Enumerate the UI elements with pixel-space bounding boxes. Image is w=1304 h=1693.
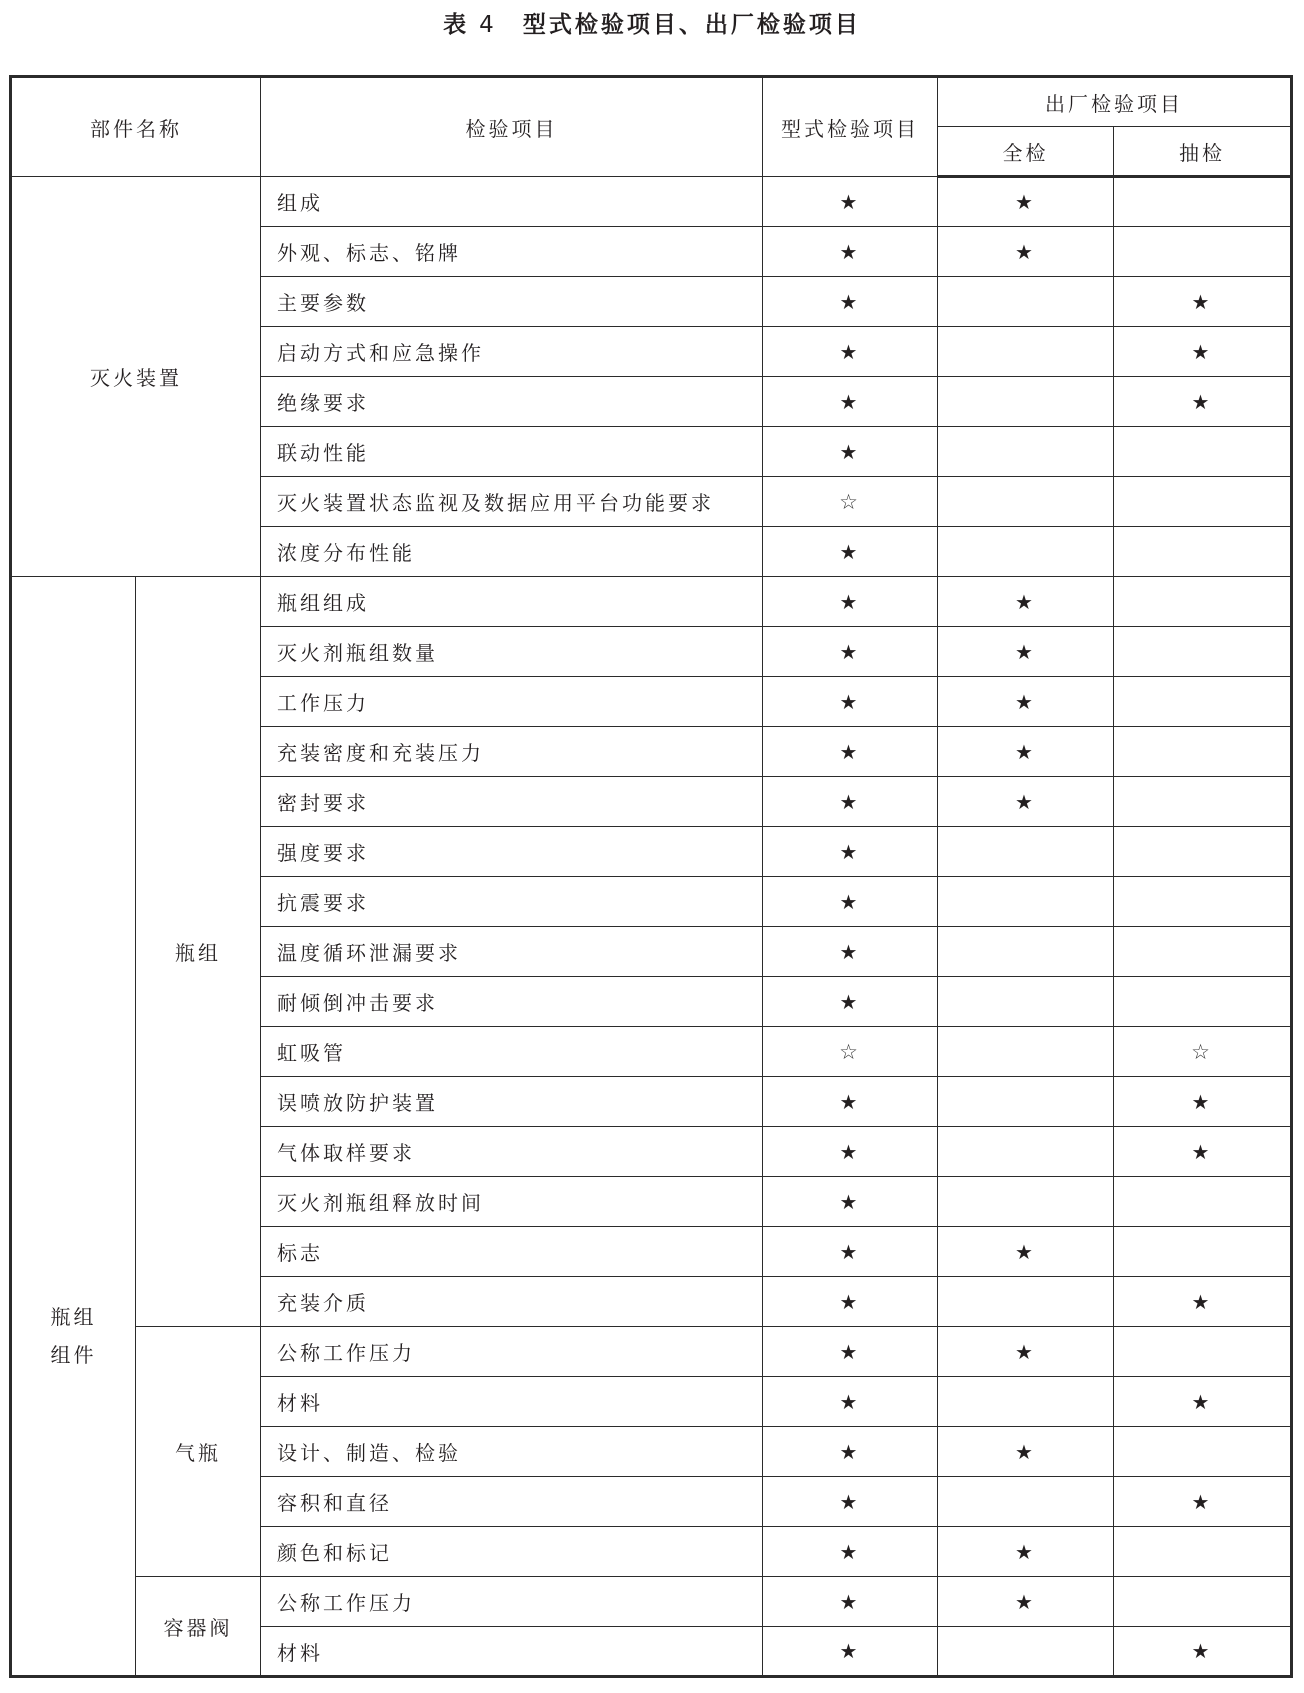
filled-star-icon: ★ xyxy=(938,677,1114,727)
inspection-item-cell: 启动方式和应急操作 xyxy=(261,327,763,377)
inspection-item-cell: 材料 xyxy=(261,1377,763,1427)
filled-star-icon: ★ xyxy=(1114,327,1292,377)
header-sampling-inspection: 抽检 xyxy=(1114,127,1292,177)
header-component-name: 部件名称 xyxy=(11,77,261,177)
filled-star-icon: ★ xyxy=(763,727,938,777)
header-inspection-item: 检验项目 xyxy=(261,77,763,177)
filled-star-icon: ★ xyxy=(938,777,1114,827)
subgroup-name-cell: 气瓶 xyxy=(136,1327,261,1577)
empty-cell xyxy=(1114,1177,1292,1227)
filled-star-icon: ★ xyxy=(938,1527,1114,1577)
empty-cell xyxy=(1114,227,1292,277)
empty-cell xyxy=(1114,527,1292,577)
empty-cell xyxy=(938,377,1114,427)
filled-star-icon: ★ xyxy=(763,1177,938,1227)
subgroup-name-cell: 容器阀 xyxy=(136,1577,261,1677)
empty-cell xyxy=(938,327,1114,377)
empty-cell xyxy=(938,827,1114,877)
filled-star-icon: ★ xyxy=(763,1477,938,1527)
table-row: 容器阀公称工作压力★★ xyxy=(11,1577,1292,1627)
filled-star-icon: ★ xyxy=(1114,277,1292,327)
table-row: 气瓶公称工作压力★★ xyxy=(11,1327,1292,1377)
inspection-item-cell: 材料 xyxy=(261,1627,763,1677)
filled-star-icon: ★ xyxy=(763,877,938,927)
inspection-item-cell: 灭火装置状态监视及数据应用平台功能要求 xyxy=(261,477,763,527)
filled-star-icon: ★ xyxy=(763,1427,938,1477)
header-full-inspection: 全检 xyxy=(938,127,1114,177)
filled-star-icon: ★ xyxy=(1114,1077,1292,1127)
hollow-star-icon: ☆ xyxy=(763,477,938,527)
inspection-item-cell: 设计、制造、检验 xyxy=(261,1427,763,1477)
empty-cell xyxy=(938,1127,1114,1177)
filled-star-icon: ★ xyxy=(763,1627,938,1677)
filled-star-icon: ★ xyxy=(938,577,1114,627)
filled-star-icon: ★ xyxy=(938,727,1114,777)
header-type-test: 型式检验项目 xyxy=(763,77,938,177)
filled-star-icon: ★ xyxy=(763,1227,938,1277)
empty-cell xyxy=(938,977,1114,1027)
inspection-item-cell: 抗震要求 xyxy=(261,877,763,927)
filled-star-icon: ★ xyxy=(938,1227,1114,1277)
subgroup-name-cell: 瓶组 xyxy=(136,577,261,1327)
inspection-item-cell: 耐倾倒冲击要求 xyxy=(261,977,763,1027)
caption-number: 4 xyxy=(479,12,497,38)
filled-star-icon: ★ xyxy=(763,1127,938,1177)
group-name-line-2: 组件 xyxy=(12,1336,135,1374)
filled-star-icon: ★ xyxy=(763,677,938,727)
filled-star-icon: ★ xyxy=(938,1577,1114,1627)
empty-cell xyxy=(1114,777,1292,827)
filled-star-icon: ★ xyxy=(763,927,938,977)
filled-star-icon: ★ xyxy=(1114,1377,1292,1427)
inspection-items-table: 部件名称 检验项目 型式检验项目 出厂检验项目 全检 抽检 灭火装置组成★★外观… xyxy=(9,75,1293,1678)
inspection-item-cell: 充装密度和充装压力 xyxy=(261,727,763,777)
empty-cell xyxy=(1114,677,1292,727)
empty-cell xyxy=(1114,1327,1292,1377)
filled-star-icon: ★ xyxy=(938,1427,1114,1477)
filled-star-icon: ★ xyxy=(1114,377,1292,427)
table-body: 灭火装置组成★★外观、标志、铭牌★★主要参数★★启动方式和应急操作★★绝缘要求★… xyxy=(11,177,1292,1677)
filled-star-icon: ★ xyxy=(763,527,938,577)
inspection-item-cell: 工作压力 xyxy=(261,677,763,727)
inspection-item-cell: 灭火剂瓶组释放时间 xyxy=(261,1177,763,1227)
empty-cell xyxy=(1114,877,1292,927)
inspection-item-cell: 浓度分布性能 xyxy=(261,527,763,577)
empty-cell xyxy=(938,1027,1114,1077)
filled-star-icon: ★ xyxy=(763,277,938,327)
empty-cell xyxy=(1114,1527,1292,1577)
component-group-cylinder-assembly: 瓶组组件 xyxy=(11,577,136,1677)
inspection-item-cell: 公称工作压力 xyxy=(261,1327,763,1377)
empty-cell xyxy=(938,277,1114,327)
inspection-item-cell: 温度循环泄漏要求 xyxy=(261,927,763,977)
empty-cell xyxy=(1114,1427,1292,1477)
empty-cell xyxy=(938,1277,1114,1327)
filled-star-icon: ★ xyxy=(763,1527,938,1577)
filled-star-icon: ★ xyxy=(763,1377,938,1427)
header-factory-test: 出厂检验项目 xyxy=(938,77,1292,127)
filled-star-icon: ★ xyxy=(763,1327,938,1377)
filled-star-icon: ★ xyxy=(763,577,938,627)
empty-cell xyxy=(938,1477,1114,1527)
inspection-item-cell: 外观、标志、铭牌 xyxy=(261,227,763,277)
inspection-item-cell: 组成 xyxy=(261,177,763,227)
filled-star-icon: ★ xyxy=(938,627,1114,677)
empty-cell xyxy=(938,1377,1114,1427)
filled-star-icon: ★ xyxy=(763,177,938,227)
caption-prefix: 表 xyxy=(443,12,469,38)
inspection-item-cell: 密封要求 xyxy=(261,777,763,827)
empty-cell xyxy=(1114,627,1292,677)
empty-cell xyxy=(1114,427,1292,477)
empty-cell xyxy=(938,927,1114,977)
empty-cell xyxy=(1114,827,1292,877)
filled-star-icon: ★ xyxy=(763,1577,938,1627)
table-row: 瓶组组件瓶组瓶组组成★★ xyxy=(11,577,1292,627)
empty-cell xyxy=(1114,477,1292,527)
empty-cell xyxy=(1114,977,1292,1027)
filled-star-icon: ★ xyxy=(1114,1627,1292,1677)
inspection-item-cell: 充装介质 xyxy=(261,1277,763,1327)
filled-star-icon: ★ xyxy=(763,627,938,677)
filled-star-icon: ★ xyxy=(763,1277,938,1327)
filled-star-icon: ★ xyxy=(763,1077,938,1127)
inspection-item-cell: 主要参数 xyxy=(261,277,763,327)
table-row: 灭火装置组成★★ xyxy=(11,177,1292,227)
filled-star-icon: ★ xyxy=(1114,1477,1292,1527)
inspection-item-cell: 误喷放防护装置 xyxy=(261,1077,763,1127)
group-name-line-1: 瓶组 xyxy=(12,1298,135,1336)
inspection-item-cell: 标志 xyxy=(261,1227,763,1277)
inspection-item-cell: 气体取样要求 xyxy=(261,1127,763,1177)
filled-star-icon: ★ xyxy=(763,327,938,377)
empty-cell xyxy=(938,527,1114,577)
table-caption: 表4型式检验项目、出厂检验项目 xyxy=(0,6,1304,39)
filled-star-icon: ★ xyxy=(763,777,938,827)
empty-cell xyxy=(1114,1227,1292,1277)
empty-cell xyxy=(1114,1577,1292,1627)
filled-star-icon: ★ xyxy=(763,977,938,1027)
caption-text: 型式检验项目、出厂检验项目 xyxy=(523,12,861,38)
empty-cell xyxy=(1114,927,1292,977)
empty-cell xyxy=(1114,727,1292,777)
empty-cell xyxy=(938,427,1114,477)
empty-cell xyxy=(1114,577,1292,627)
filled-star-icon: ★ xyxy=(938,227,1114,277)
empty-cell xyxy=(1114,177,1292,227)
empty-cell xyxy=(938,1177,1114,1227)
inspection-item-cell: 灭火剂瓶组数量 xyxy=(261,627,763,677)
empty-cell xyxy=(938,1077,1114,1127)
inspection-item-cell: 颜色和标记 xyxy=(261,1527,763,1577)
filled-star-icon: ★ xyxy=(763,427,938,477)
empty-cell xyxy=(938,1627,1114,1677)
inspection-item-cell: 强度要求 xyxy=(261,827,763,877)
filled-star-icon: ★ xyxy=(1114,1127,1292,1177)
filled-star-icon: ★ xyxy=(938,177,1114,227)
filled-star-icon: ★ xyxy=(763,227,938,277)
inspection-item-cell: 绝缘要求 xyxy=(261,377,763,427)
empty-cell xyxy=(938,477,1114,527)
inspection-item-cell: 联动性能 xyxy=(261,427,763,477)
component-group-fire-extinguishing-device: 灭火装置 xyxy=(11,177,261,577)
hollow-star-icon: ☆ xyxy=(763,1027,938,1077)
inspection-item-cell: 公称工作压力 xyxy=(261,1577,763,1627)
inspection-item-cell: 虹吸管 xyxy=(261,1027,763,1077)
inspection-item-cell: 瓶组组成 xyxy=(261,577,763,627)
filled-star-icon: ★ xyxy=(1114,1277,1292,1327)
filled-star-icon: ★ xyxy=(938,1327,1114,1377)
filled-star-icon: ★ xyxy=(763,827,938,877)
empty-cell xyxy=(938,877,1114,927)
inspection-item-cell: 容积和直径 xyxy=(261,1477,763,1527)
hollow-star-icon: ☆ xyxy=(1114,1027,1292,1077)
filled-star-icon: ★ xyxy=(763,377,938,427)
